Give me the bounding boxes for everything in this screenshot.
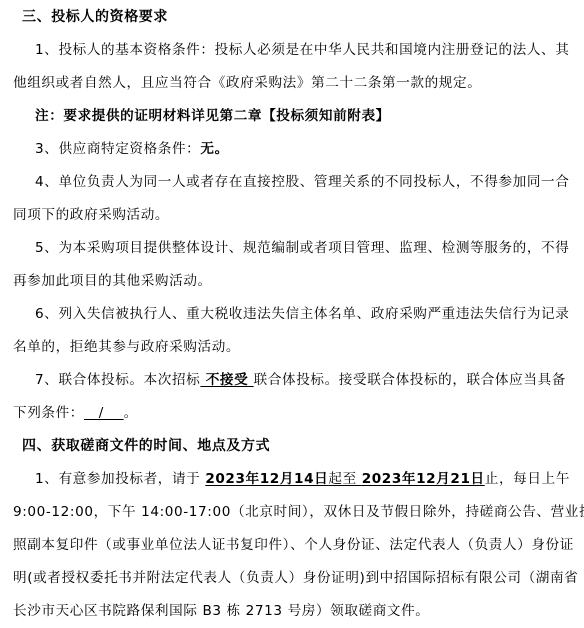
end-date: 2023年12月21日: [362, 471, 485, 487]
section-heading-qualifications: 三、投标人的资格要求: [13, 4, 569, 37]
item5-line2: 再参加此项目的其他采购活动。: [13, 268, 569, 301]
s4-item1-line1: 1、有意参加投标者，请于 2023年12月14日起至 2023年12月21日止，…: [13, 466, 569, 499]
item6-line1: 6、列入失信被执行人、重大税收违法失信主体名单、政府采购严重违法失信行为记录: [13, 301, 569, 334]
item7-conditions-label: 下列条件：: [13, 405, 84, 421]
s4-item1-line3: 照副本复印件（或事业单位法人证书复印件）、个人身份证、法定代表人（负责人）身份证: [13, 532, 569, 565]
item3-value: 无。: [200, 141, 228, 157]
item7-suffix: 联合体投标。接受联合体投标的，联合体应当具备: [254, 372, 566, 388]
item4-line1: 4、单位负责人为同一人或者存在直接控股、管理关系的不同投标人，不得参加同一合: [13, 169, 569, 202]
s4-item1-line5: 长沙市天心区书院路保利国际 B3 栋 2713 号房）领取磋商文件。: [13, 598, 569, 628]
s4-item1-line4: 明(或者授权委托书并附法定代表人（负责人）身份证明)到中招国际招标有限公司（湖南…: [13, 565, 569, 598]
s4-item1-suffix: 止，每日上午: [485, 471, 570, 487]
s4-item1-prefix: 1、有意参加投标者，请于: [35, 471, 205, 487]
item3: 3、供应商特定资格条件：无。: [13, 136, 569, 169]
date-connector: 起至: [328, 471, 361, 487]
note-materials: 注：要求提供的证明材料详见第二章【投标须知前附表】: [13, 103, 569, 136]
item6-line2: 名单的，拒绝其参与政府采购活动。: [13, 334, 569, 367]
item1-line2: 他组织或者自然人，且应当符合《政府采购法》第二十二条第一款的规定。: [13, 70, 569, 103]
item1-line1: 1、投标人的基本资格条件：投标人必须是在中华人民共和国境内注册登记的法人、其: [13, 37, 569, 70]
item5-line1: 5、为本采购项目提供整体设计、规范编制或者项目管理、监理、检测等服务的，不得: [13, 235, 569, 268]
item7-line2: 下列条件： / 。: [13, 400, 569, 433]
item3-label: 3、供应商特定资格条件：: [35, 141, 200, 157]
item7-consortium-value: 不接受: [200, 372, 253, 388]
item4-line2: 同项下的政府采购活动。: [13, 202, 569, 235]
item7-conditions-value: /: [84, 405, 124, 421]
section-heading-obtain-documents: 四、获取磋商文件的时间、地点及方式: [13, 433, 569, 466]
s4-item1-line2: 9:00-12:00，下午 14:00-17:00（北京时间），双休日及节假日除…: [13, 499, 569, 532]
document-page: 三、投标人的资格要求 1、投标人的基本资格条件：投标人必须是在中华人民共和国境内…: [13, 4, 569, 628]
item7-period: 。: [124, 405, 138, 421]
item7-prefix: 7、联合体投标。本次招标: [35, 372, 200, 388]
start-date: 2023年12月14日: [205, 471, 328, 487]
item7-line1: 7、联合体投标。本次招标 不接受 联合体投标。接受联合体投标的，联合体应当具备: [13, 367, 569, 400]
